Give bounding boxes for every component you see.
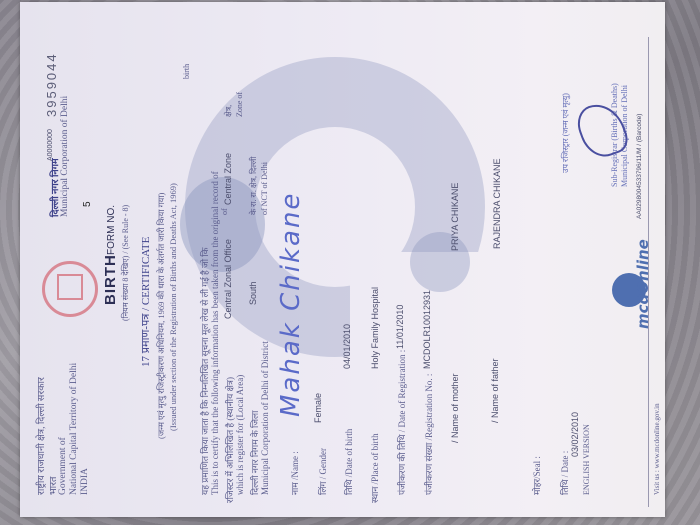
certificate-page: राष्ट्रीय राजधानी क्षेत्र, दिल्ली सरकार … xyxy=(20,17,665,517)
document-code: AA0298004533796/11/M / (Barcode) xyxy=(636,114,643,219)
govt-line2: National Capital Territory of Delhi xyxy=(69,363,79,495)
mcd-district-english: Municipal Corporation of Delhi of Distri… xyxy=(260,341,270,495)
dob-label: तिथि /Date of birth xyxy=(342,429,355,495)
seal-label: मोहर/Seal : xyxy=(530,456,543,495)
pob-value: Holy Family Hospital xyxy=(370,287,380,369)
birth-title: BIRTH xyxy=(102,254,119,305)
nct-hindi: के रा. रा. क्षेत्र, दिल्ली xyxy=(248,157,259,215)
date-value: 03/02/2010 xyxy=(570,412,580,457)
dor-value: 11/01/2010 xyxy=(395,305,405,349)
logo-text: mcdOnline xyxy=(634,239,652,329)
birth-certificate-document: राष्ट्रीय राजधानी क्षेत्र, दिल्ली सरकार … xyxy=(20,2,665,517)
father-value: RAJENDRA CHIKANE xyxy=(492,158,502,249)
certify-english: This is to certify that the following in… xyxy=(210,171,220,495)
zone-value: Central Zone xyxy=(223,153,233,205)
of-label: of xyxy=(220,208,229,215)
name-value: Mahak Chikane xyxy=(276,192,306,417)
english-version-label: ENGLISH VERSION xyxy=(582,424,591,495)
issuing-authority-hindi: उप रजिस्ट्रार (जन्म एवं मृत्यु) xyxy=(560,93,571,173)
serial-code: A0000000 xyxy=(47,129,54,161)
issued-hindi: (जन्म एवं मृत्यु रजिस्ट्रीकरण अधिनियम, 1… xyxy=(156,193,167,439)
gender-value: Female xyxy=(313,393,323,423)
form-no-value: 5 xyxy=(82,201,93,207)
govt-line1: Government of xyxy=(58,437,68,495)
dor-label: पंजीकरण की तिथि / Date of Registration : xyxy=(395,350,408,495)
regno-label: पंजीकरण संख्या /Registration No. : xyxy=(422,374,435,495)
mother-value: PRIYA CHIKANE xyxy=(450,183,460,251)
father-label: / Name of father xyxy=(490,358,500,423)
nct-english: of NCT of Delhi xyxy=(260,162,269,215)
issued-english: (Issued under section of the Registratio… xyxy=(168,183,178,431)
register-english: which is register for (Local Area) xyxy=(235,375,245,495)
date-label: तिथि / Date : xyxy=(558,451,571,495)
country-label: INDIA xyxy=(80,468,90,495)
pob-label: स्थान /Place of birth xyxy=(368,433,381,503)
form-subtitle: (नियम संख्या 8 देखिए) / (See Rule - 8) xyxy=(120,205,131,321)
mcd-online-logo: mcdOnline xyxy=(612,273,646,307)
name-label: नाम /Name : xyxy=(288,451,301,495)
mcd-english: Municipal Corporation of Delhi xyxy=(60,96,70,217)
birth-word: birth xyxy=(182,64,191,79)
zone-hindi: क्षेत्र, xyxy=(223,105,234,117)
serial-number: 3959044 xyxy=(44,52,59,117)
certificate-title: 17 प्रमाण-पत्र / CERTIFICATE xyxy=(138,237,153,367)
gender-label: लिंग / Gender xyxy=(316,448,329,495)
website-text: Visit us : www.mcdonline.gov.in xyxy=(653,403,661,495)
zone-of-label: Zone of xyxy=(235,92,244,117)
local-area-value: Central Zonal Office xyxy=(223,239,233,319)
watermark-dot xyxy=(410,232,470,292)
mother-label: / Name of mother xyxy=(450,373,460,443)
footer-divider xyxy=(648,37,649,507)
delhi-emblem-icon xyxy=(42,261,98,317)
dob-value: 04/01/2010 xyxy=(342,324,352,369)
district-value: South xyxy=(248,281,258,305)
form-no-label: FORM NO. xyxy=(106,205,117,255)
regno-value: MCDOLR10012931 xyxy=(422,290,432,369)
